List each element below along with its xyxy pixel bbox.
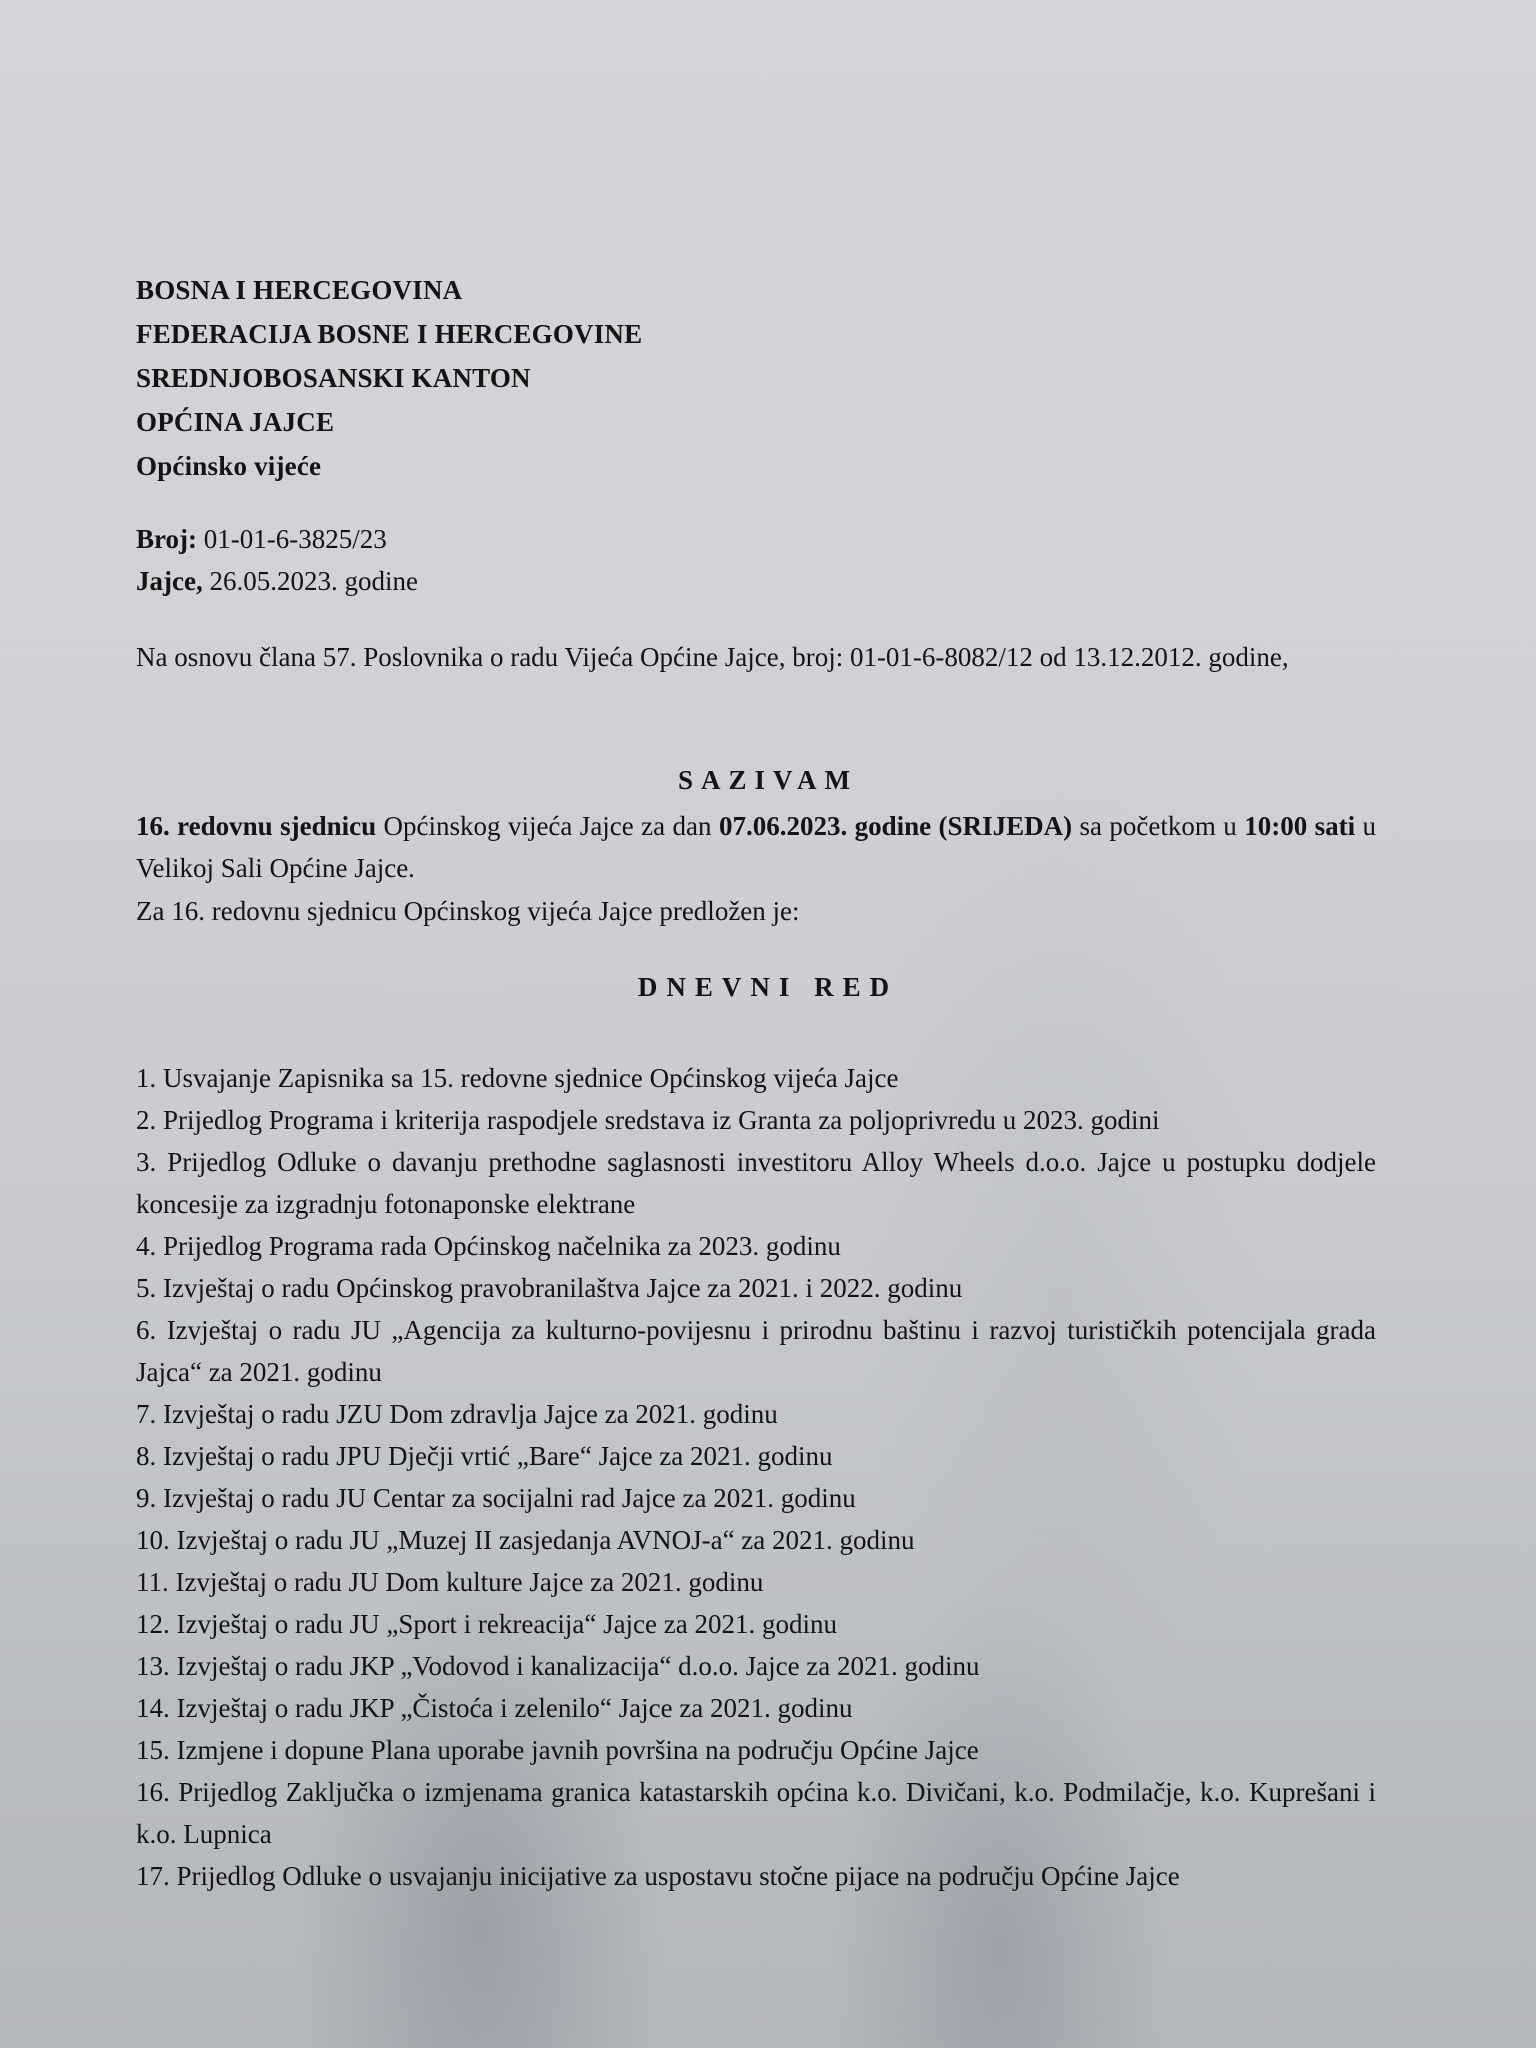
agenda-item: 16. Prijedlog Zaključka o izmjenama gran…: [136, 1771, 1376, 1855]
document-number-label: Broj:: [136, 524, 197, 554]
document-date: Jajce, 26.05.2023. godine: [136, 560, 418, 602]
agenda-item: 12. Izvještaj o radu JU „Sport i rekreac…: [136, 1603, 1376, 1645]
agenda-list: 1. Usvajanje Zapisnika sa 15. redovne sj…: [136, 1057, 1376, 1897]
session-text-2: sa početkom u: [1072, 811, 1244, 841]
document-page: BOSNA I HERCEGOVINA FEDERACIJA BOSNE I H…: [0, 0, 1536, 2048]
convocation-heading: SAZIVAM: [0, 765, 1536, 796]
session-date: 07.06.2023. godine (SRIJEDA): [719, 811, 1072, 841]
letterhead-country: BOSNA I HERCEGOVINA: [136, 268, 642, 312]
letterhead-municipality: OPĆINA JAJCE: [136, 400, 642, 444]
document-number-value: 01-01-6-3825/23: [204, 524, 387, 554]
document-number: Broj: 01-01-6-3825/23: [136, 518, 418, 560]
session-time: 10:00 sati: [1244, 811, 1355, 841]
letterhead-entity: FEDERACIJA BOSNE I HERCEGOVINE: [136, 312, 642, 356]
letterhead: BOSNA I HERCEGOVINA FEDERACIJA BOSNE I H…: [136, 268, 642, 488]
agenda-item: 17. Prijedlog Odluke o usvajanju inicija…: [136, 1855, 1376, 1897]
agenda-item: 15. Izmjene i dopune Plana uporabe javni…: [136, 1729, 1376, 1771]
agenda-heading: DNEVNI RED: [0, 972, 1536, 1003]
agenda-item: 3. Prijedlog Odluke o davanju prethodne …: [136, 1141, 1376, 1225]
agenda-item: 5. Izvještaj o radu Općinskog pravobrani…: [136, 1267, 1376, 1309]
agenda-item: 10. Izvještaj o radu JU „Muzej II zasjed…: [136, 1519, 1376, 1561]
letterhead-council: Općinsko vijeće: [136, 444, 642, 488]
agenda-item: 4. Prijedlog Programa rada Općinskog nač…: [136, 1225, 1376, 1267]
agenda-item: 2. Prijedlog Programa i kriterija raspod…: [136, 1099, 1376, 1141]
letterhead-canton: SREDNJOBOSANSKI KANTON: [136, 356, 642, 400]
document-place-label: Jajce,: [136, 566, 203, 596]
session-paragraph: 16. redovnu sjednicu Općinskog vijeća Ja…: [136, 805, 1376, 889]
agenda-item: 14. Izvještaj o radu JKP „Čistoća i zele…: [136, 1687, 1376, 1729]
agenda-item: 8. Izvještaj o radu JPU Dječji vrtić „Ba…: [136, 1435, 1376, 1477]
document-date-value: 26.05.2023. godine: [209, 566, 418, 596]
agenda-item: 11. Izvještaj o radu JU Dom kulture Jajc…: [136, 1561, 1376, 1603]
agenda-intro: Za 16. redovnu sjednicu Općinskog vijeća…: [136, 890, 800, 932]
session-text-1: Općinskog vijeća Jajce za dan: [376, 811, 719, 841]
agenda-item: 13. Izvještaj o radu JKP „Vodovod i kana…: [136, 1645, 1376, 1687]
session-number: 16. redovnu sjednicu: [136, 811, 376, 841]
agenda-item: 6. Izvještaj o radu JU „Agencija za kult…: [136, 1309, 1376, 1393]
legal-basis-paragraph: Na osnovu člana 57. Poslovnika o radu Vi…: [136, 636, 1376, 678]
agenda-item: 1. Usvajanje Zapisnika sa 15. redovne sj…: [136, 1057, 1376, 1099]
agenda-item: 7. Izvještaj o radu JZU Dom zdravlja Jaj…: [136, 1393, 1376, 1435]
agenda-item: 9. Izvještaj o radu JU Centar za socijal…: [136, 1477, 1376, 1519]
document-meta: Broj: 01-01-6-3825/23 Jajce, 26.05.2023.…: [136, 518, 418, 602]
